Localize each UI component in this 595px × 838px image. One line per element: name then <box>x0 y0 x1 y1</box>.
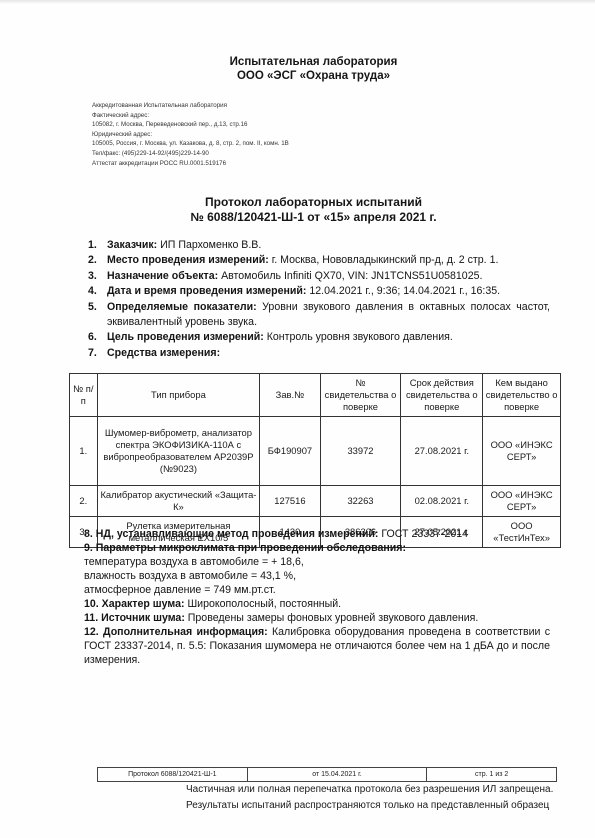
lab-info-line: Фактический адрес: <box>92 111 289 121</box>
item-value: Уровни звукового давления в октавных пол… <box>257 301 550 313</box>
item-label: Дата и время проведения измерений: <box>107 285 306 297</box>
footer-disclaimer: Частичная или полная перепечатка протоко… <box>186 782 553 814</box>
item-value: г. Москва, Нововладыкинский пр-д, д. 2 с… <box>269 254 499 266</box>
column-header: Тип прибора <box>97 374 260 417</box>
footer-page-number: стр. 1 из 2 <box>427 768 557 782</box>
table-cell: 127516 <box>260 486 320 517</box>
item-value: Проведены замеры фоновых уровней звуково… <box>185 612 478 624</box>
item-label: Назначение объекта: <box>107 270 218 282</box>
protocol-number: № 6088/120421-Ш-1 от «15» апреля 2021 г. <box>16 210 595 225</box>
column-header: № свидетельства о поверке <box>320 374 401 417</box>
document-page: Испытательная лаборатория ООО «ЭСГ «Охра… <box>0 0 595 838</box>
footer-protocol-ref: Протокол 6088/120421-Ш-1 <box>98 768 248 782</box>
column-header: Зав.№ <box>260 374 320 417</box>
table-cell: 2. <box>70 486 98 517</box>
item-label: 8. НД, устанавливающие метод проведения … <box>84 528 378 540</box>
item-number: 4. <box>88 284 107 299</box>
item-label: 9. Параметры микроклимата при проведении… <box>84 542 406 554</box>
item-value-continued: эквивалентный уровень звука. <box>88 315 550 330</box>
lab-info-line: Аккредитованная Испытательная лаборатори… <box>92 101 289 111</box>
protocol-title: Протокол лабораторных испытаний <box>16 195 595 210</box>
item-normative-docs: 8. НД, устанавливающие метод проведения … <box>84 527 550 541</box>
column-header: Срок действия свидетельства о поверке <box>401 374 483 417</box>
item-noise-source: 11. Источник шума: Проведены замеры фоно… <box>84 611 550 625</box>
item-label: Цель проведения измерений: <box>107 331 264 343</box>
table-row: 2. Калибратор акустический «Защита-К» 12… <box>70 486 561 517</box>
table-cell: ООО «ИНЭКС СЕРТ» <box>483 417 561 486</box>
protocol-items-continued: 8. НД, устанавливающие метод проведения … <box>84 527 550 667</box>
table-cell: Калибратор акустический «Защита-К» <box>97 486 260 517</box>
item-location: 2. Место проведения измерений: г. Москва… <box>88 253 550 268</box>
column-header: № п/п <box>70 374 98 417</box>
protocol-items: 1. Заказчик: ИП Пархоменко В.В. 2. Место… <box>88 238 550 361</box>
item-value: Широкополосный, постоянный. <box>185 598 342 610</box>
disclaimer-line: Частичная или полная перепечатка протоко… <box>186 782 553 798</box>
table-cell: ООО «ИНЭКС СЕРТ» <box>483 486 561 517</box>
column-header: Кем выдано свидетельство о поверке <box>483 374 561 417</box>
table-cell: 32263 <box>320 486 401 517</box>
item-indicators: 5. Определяемые показатели: Уровни звуко… <box>88 300 550 331</box>
microclimate-humidity: влажность воздуха в автомобиле = 43,1 %, <box>84 569 550 583</box>
footer-date: от 15.04.2021 г. <box>247 768 427 782</box>
item-number: 7. <box>88 346 107 361</box>
lab-info-block: Аккредитованная Испытательная лаборатори… <box>92 101 289 168</box>
table-header-row: № п/п Тип прибора Зав.№ № свидетельства … <box>70 374 561 417</box>
item-value: ИП Пархоменко В.В. <box>157 239 261 251</box>
lab-info-line: 105005, Россия, г. Москва, ул. Казакова,… <box>92 139 289 149</box>
table-cell: 02.08.2021 г. <box>401 486 483 517</box>
item-additional-info: 12. Дополнительная информация: Калибровк… <box>84 625 550 667</box>
item-number: 1. <box>88 238 107 253</box>
item-value: Контроль уровня звукового давления. <box>264 331 453 343</box>
microclimate-pressure: атмосферное давление = 749 мм.рт.ст. <box>84 583 550 597</box>
item-label: Определяемые показатели: <box>107 301 257 313</box>
item-value: Автомобиль Infiniti QX70, VIN: JN1TCNS51… <box>218 270 482 282</box>
lab-name: Испытательная лаборатория <box>16 55 595 69</box>
item-instruments: 7. Средства измерения: <box>88 346 550 361</box>
item-label: Место проведения измерений: <box>107 254 269 266</box>
item-label: Заказчик: <box>107 239 157 251</box>
item-label: 11. Источник шума: <box>84 612 185 624</box>
disclaimer-line: Результаты испытаний распространяются то… <box>186 798 553 814</box>
microclimate-temperature: температура воздуха в автомобиле = + 18,… <box>84 555 550 569</box>
instruments-table: № п/п Тип прибора Зав.№ № свидетельства … <box>69 373 561 548</box>
item-number: 2. <box>88 253 107 268</box>
lab-info-line: Тел/факс: (495)229-14-92/(495)229-14-90 <box>92 149 289 159</box>
lab-info-line: Юридический адрес: <box>92 130 289 140</box>
item-customer: 1. Заказчик: ИП Пархоменко В.В. <box>88 238 550 253</box>
footer-row: Протокол 6088/120421-Ш-1 от 15.04.2021 г… <box>98 768 557 782</box>
item-purpose: 6. Цель проведения измерений: Контроль у… <box>88 330 550 345</box>
item-noise-character: 10. Характер шума: Широкополосный, посто… <box>84 597 550 611</box>
item-object: 3. Назначение объекта: Автомобиль Infini… <box>88 269 550 284</box>
item-label: 10. Характер шума: <box>84 598 185 610</box>
page-footer-table: Протокол 6088/120421-Ш-1 от 15.04.2021 г… <box>97 767 557 782</box>
table-row: 1. Шумомер-виброметр, анализатор спектра… <box>70 417 561 486</box>
table-cell: БФ190907 <box>260 417 320 486</box>
item-label: Средства измерения: <box>107 347 220 359</box>
scan-edge <box>0 0 595 4</box>
lab-info-line: Аттестат аккредитации РОСС RU.0001.51917… <box>92 159 289 169</box>
table-cell: Шумомер-виброметр, анализатор спектра ЭК… <box>97 417 260 486</box>
table-cell: 1. <box>70 417 98 486</box>
item-label: 12. Дополнительная информация: <box>84 626 268 638</box>
item-value: ГОСТ 23337-2014 <box>378 528 468 540</box>
table-cell: 27.08.2021 г. <box>401 417 483 486</box>
item-number: 3. <box>88 269 107 284</box>
item-number: 5. <box>88 300 107 315</box>
company-name: ООО «ЭСГ «Охрана труда» <box>16 69 595 83</box>
item-number: 6. <box>88 330 107 345</box>
table-cell: 33972 <box>320 417 401 486</box>
item-value: 12.04.2021 г., 9:36; 14.04.2021 г., 16:3… <box>306 285 500 297</box>
item-datetime: 4. Дата и время проведения измерений: 12… <box>88 284 550 299</box>
item-microclimate: 9. Параметры микроклимата при проведении… <box>84 541 550 555</box>
lab-info-line: 105082, г. Москва, Переведеновский пер.,… <box>92 120 289 130</box>
